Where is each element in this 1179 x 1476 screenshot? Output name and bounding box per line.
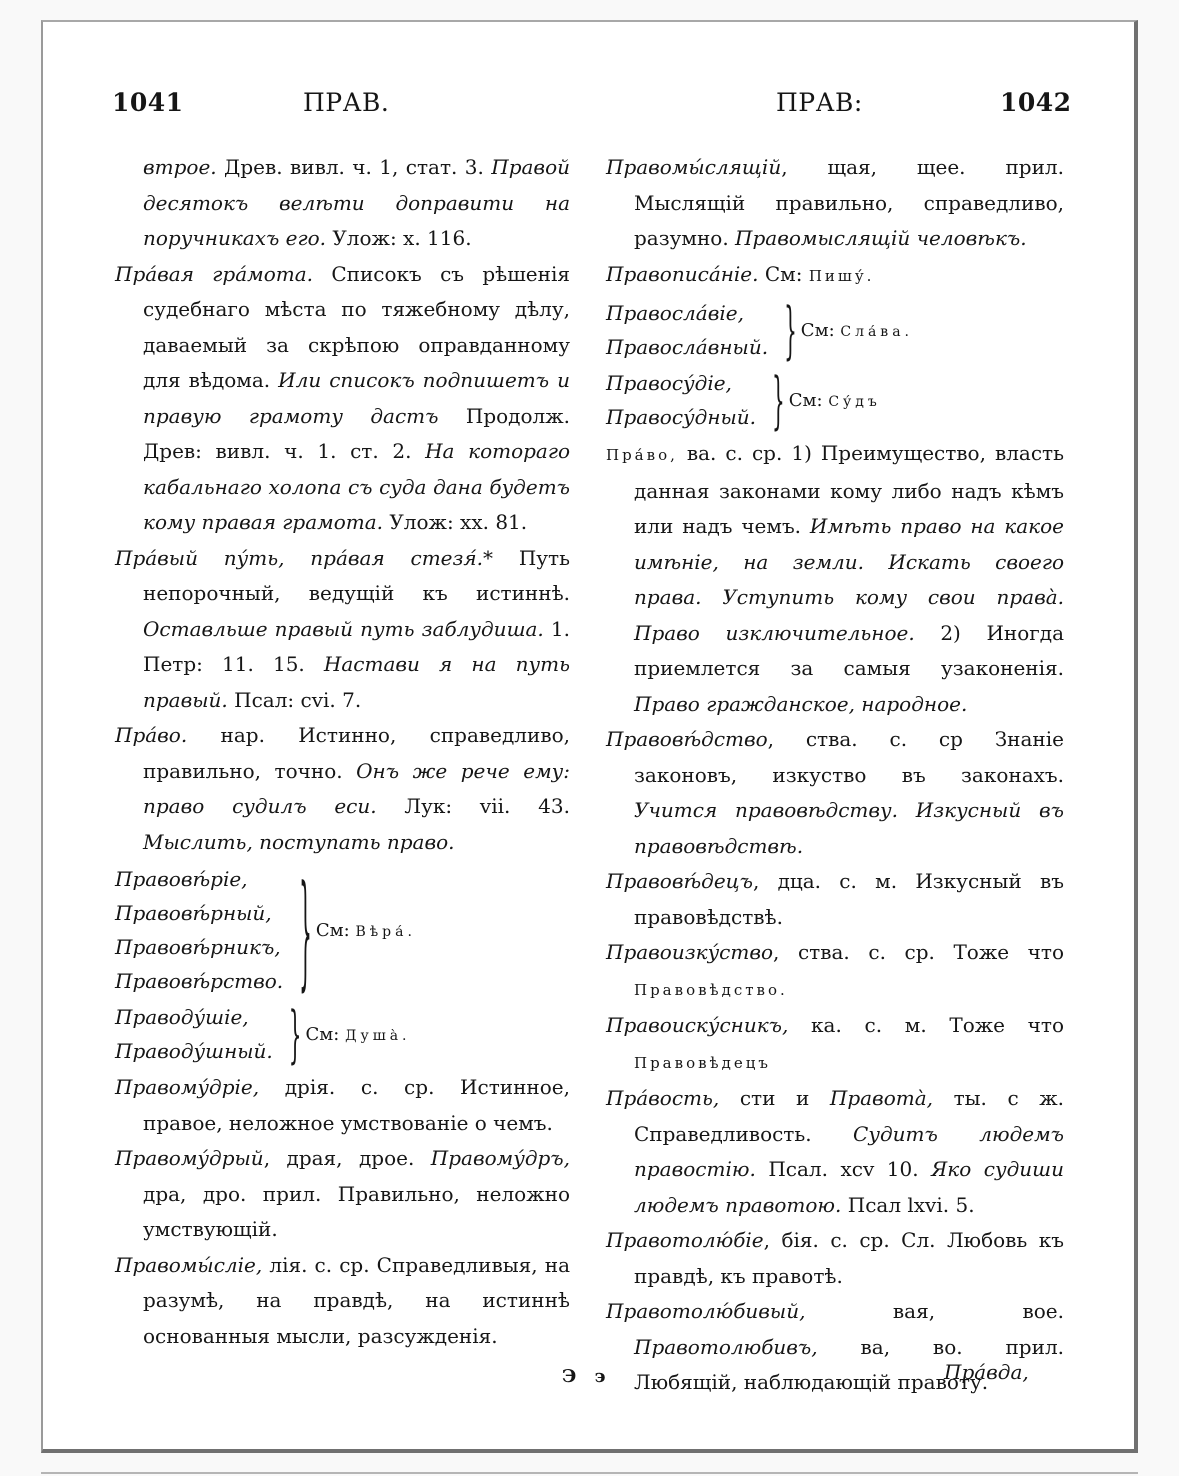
- right-entries-before: Правомы́слящій, щая, щее. прил. Мыслящій…: [606, 150, 1064, 294]
- dictionary-entry: Правоизку́ство, ства. с. ср. Тоже что Пр…: [606, 935, 1064, 1008]
- headword: Правосла́вный.: [606, 330, 768, 364]
- italic-text: Правомыслящій человѣкъ.: [735, 226, 1027, 250]
- body-text: Лук: vii. 43.: [377, 794, 570, 818]
- headword: Правовѣ́ріе,: [115, 862, 283, 896]
- italic-text: Правому́дръ,: [431, 1146, 570, 1170]
- brace-icon: }: [289, 1003, 302, 1065]
- left-groups: Правовѣ́ріе,Правовѣ́рный,Правовѣ́рникъ,П…: [115, 862, 570, 1068]
- see-reference: См: Вѣра́.: [316, 920, 416, 941]
- headword: Правому́дрый: [115, 1146, 264, 1170]
- left-column: втрое. Древ. вивл. ч. 1, стат. 3. Правой…: [115, 150, 570, 1354]
- headword: Правота̀,: [830, 1086, 933, 1110]
- headword: Правотолю́бивый,: [606, 1299, 805, 1323]
- cross-reference: Пра́во,: [606, 446, 678, 464]
- group-headwords: Правовѣ́ріе,Правовѣ́рный,Правовѣ́рникъ,П…: [115, 862, 283, 998]
- brace-icon: }: [299, 868, 312, 992]
- dictionary-entry: Пра́во, ва. с. ср. 1) Преимущество, влас…: [606, 436, 1064, 722]
- group-headwords: Праводу́шіе,Праводу́шный.: [115, 1000, 273, 1068]
- cross-reference: Правовѣдство.: [634, 981, 788, 999]
- italic-text: Право гражданское, народное.: [634, 692, 967, 716]
- body-text: Псал. xcv 10.: [756, 1157, 931, 1181]
- body-text: дра, дро. прил. Правильно, неложно умств…: [143, 1182, 570, 1242]
- body-text: вая, вое.: [805, 1299, 1064, 1323]
- dictionary-entry: Правовѣ́дство, ства. с. ср Знаніе законо…: [606, 722, 1064, 864]
- dictionary-entry: Пра́вая гра́мота. Списокъ съ рѣшенія суд…: [115, 257, 570, 541]
- see-label: См:: [316, 920, 356, 941]
- body-text: ка. с. м. Тоже что: [788, 1013, 1064, 1037]
- group-headwords: Правосла́віе,Правосла́вный.: [606, 296, 768, 364]
- cross-reference: Правовѣдецъ: [634, 1054, 771, 1072]
- body-text: См:: [759, 262, 809, 286]
- dictionary-entry: Правомы́сліе, лія. с. ср. Справедливыя, …: [115, 1248, 570, 1355]
- headword: Правовѣ́рный,: [115, 896, 283, 930]
- body-text: сти и: [719, 1086, 830, 1110]
- bottom-divider: [41, 1472, 1138, 1474]
- see-also-group: Правовѣ́ріе,Правовѣ́рный,Правовѣ́рникъ,П…: [115, 862, 570, 998]
- headword: Пра́вая гра́мота.: [115, 262, 313, 286]
- headword: Правосу́дный.: [606, 400, 756, 434]
- headword: Правосу́діе,: [606, 366, 756, 400]
- right-page-number: 1042: [1000, 88, 1072, 117]
- brace-icon: }: [784, 299, 797, 361]
- right-entries-after: Пра́во, ва. с. ср. 1) Преимущество, влас…: [606, 436, 1064, 1401]
- see-target: Сла́ва.: [840, 324, 913, 340]
- dictionary-entry: Пра́вость, сти и Правота̀, ты. с ж. Спра…: [606, 1081, 1064, 1223]
- right-column: Правомы́слящій, щая, щее. прил. Мыслящій…: [606, 150, 1064, 1401]
- dictionary-entry: Правовѣ́децъ, дца. с. м. Изкусный въ пра…: [606, 864, 1064, 935]
- dictionary-entry: Правому́дрый, драя, дрое. Правому́дръ, д…: [115, 1141, 570, 1248]
- see-reference: См: Су́дъ: [789, 390, 881, 411]
- body-text: Древ. вивл. ч. 1, стат. 3.: [217, 155, 492, 179]
- left-page-number: 1041: [112, 88, 184, 117]
- right-running-head: ПРАВ:: [776, 88, 863, 117]
- headword: Правомы́слящій: [606, 155, 781, 179]
- headword: Правовѣ́рникъ,: [115, 930, 283, 964]
- headword: Праводу́шіе,: [115, 1000, 273, 1034]
- catchword: Пра́вда,: [944, 1360, 1029, 1384]
- see-also-group: Правосу́діе,Правосу́дный.}См: Су́дъ: [606, 366, 1064, 434]
- see-label: См:: [801, 320, 841, 341]
- italic-text: Мыслить, поступать право.: [143, 830, 455, 854]
- cross-reference: Пишу́.: [809, 267, 875, 285]
- left-running-head: ПРАВ.: [303, 88, 389, 117]
- headword: Правоизку́ство: [606, 940, 773, 964]
- italic-text: Оставльше правый путь заблудиша.: [143, 617, 544, 641]
- italic-text: Правотолюбивъ,: [634, 1335, 818, 1359]
- italic-text: втрое.: [143, 155, 217, 179]
- signature-mark: Э э: [562, 1366, 612, 1387]
- see-label: См:: [789, 390, 829, 411]
- italic-text: Учится правовѣдству. Изкусный въ правовѣ…: [634, 798, 1064, 858]
- headword: Пра́вый пу́ть, пра́вая стезя́.: [115, 546, 483, 570]
- headword: Правомы́сліе,: [115, 1253, 262, 1277]
- left-entries: втрое. Древ. вивл. ч. 1, стат. 3. Правой…: [115, 150, 570, 860]
- body-text: Псал: cvi. 7.: [228, 688, 361, 712]
- dictionary-entry: Правомы́слящій, щая, щее. прил. Мыслящій…: [606, 150, 1064, 257]
- dictionary-entry: Правотолю́бивый, вая, вое. Правотолюбивъ…: [606, 1294, 1064, 1401]
- see-reference: См: Сла́ва.: [801, 320, 913, 341]
- dictionary-entry: Правотолю́біе, бія. с. ср. Сл. Любовь къ…: [606, 1223, 1064, 1294]
- left-entries-after: Правому́дріе, дрія. с. ср. Истинное, пра…: [115, 1070, 570, 1354]
- headword: Пра́вость,: [606, 1086, 719, 1110]
- see-reference: См: Душа̀.: [306, 1024, 411, 1045]
- see-target: Душа̀.: [345, 1028, 410, 1044]
- entry-continuation: втрое. Древ. вивл. ч. 1, стат. 3. Правой…: [115, 150, 570, 257]
- headword: Правосла́віе,: [606, 296, 768, 330]
- see-target: Вѣра́.: [355, 924, 416, 940]
- body-text: , драя, дрое.: [264, 1146, 431, 1170]
- headword: Правовѣ́децъ: [606, 869, 753, 893]
- body-text: Улож: х. 116.: [326, 226, 472, 250]
- see-label: См:: [306, 1024, 346, 1045]
- dictionary-entry: Правописа́ніе. См: Пишу́.: [606, 257, 1064, 295]
- headword: Правовѣ́рство.: [115, 964, 283, 998]
- dictionary-entry: Пра́во. нар. Истинно, справедливо, прави…: [115, 718, 570, 860]
- see-also-group: Праводу́шіе,Праводу́шный.}См: Душа̀.: [115, 1000, 570, 1068]
- headword: Правописа́ніе.: [606, 262, 759, 286]
- group-headwords: Правосу́діе,Правосу́дный.: [606, 366, 756, 434]
- brace-icon: }: [772, 369, 785, 431]
- dictionary-entry: Правому́дріе, дрія. с. ср. Истинное, пра…: [115, 1070, 570, 1141]
- body-text: Псал lxvi. 5.: [841, 1193, 974, 1217]
- headword: Правоиску́сникъ,: [606, 1013, 788, 1037]
- headword: Пра́во.: [115, 723, 187, 747]
- body-text: Улож: хх. 81.: [383, 510, 527, 534]
- headword: Правому́дріе,: [115, 1075, 259, 1099]
- headword: Правотолю́біе: [606, 1228, 764, 1252]
- dictionary-entry: Пра́вый пу́ть, пра́вая стезя́.* Путь неп…: [115, 541, 570, 719]
- headword: Праводу́шный.: [115, 1034, 273, 1068]
- right-groups: Правосла́віе,Правосла́вный.}См: Сла́ва.П…: [606, 296, 1064, 434]
- see-target: Су́дъ: [828, 394, 880, 410]
- headword: Правовѣ́дство: [606, 727, 768, 751]
- dictionary-entry: Правоиску́сникъ, ка. с. м. Тоже что Прав…: [606, 1008, 1064, 1081]
- see-also-group: Правосла́віе,Правосла́вный.}См: Сла́ва.: [606, 296, 1064, 364]
- body-text: , ства. с. ср. Тоже что: [773, 940, 1064, 964]
